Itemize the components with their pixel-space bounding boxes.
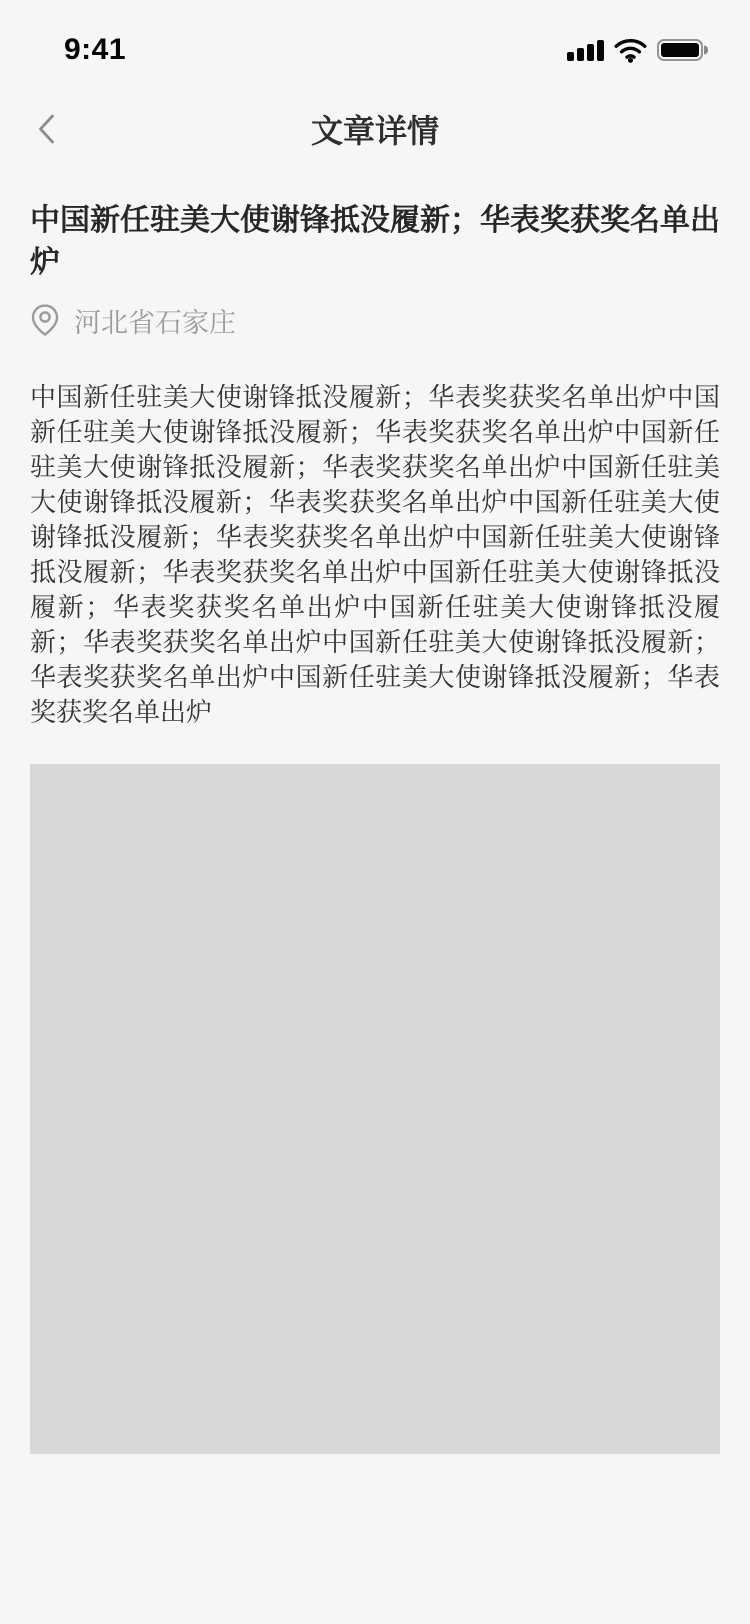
- article-title: 中国新任驻美大使谢锋抵没履新；华表奖获奖名单出炉: [30, 200, 720, 284]
- location-text: 河北省石家庄: [74, 301, 236, 340]
- battery-icon: [657, 39, 703, 61]
- location-row: 河北省石家庄: [30, 302, 720, 338]
- article-detail-screen: 9:41 文章详情 中国新任驻美大使谢锋抵没履新；华表奖获: [0, 0, 750, 1624]
- page-title: 文章详情: [311, 106, 439, 152]
- nav-bar: 文章详情: [0, 88, 750, 170]
- cellular-signal-icon: [567, 39, 604, 61]
- wifi-icon: [614, 38, 647, 63]
- status-icons: [567, 38, 708, 63]
- status-bar: 9:41: [0, 0, 750, 88]
- status-time: 9:41: [64, 33, 126, 67]
- battery-tip: [704, 46, 708, 55]
- back-button[interactable]: [18, 88, 74, 170]
- article-image-placeholder: [30, 764, 720, 1454]
- battery-fill: [661, 43, 699, 57]
- map-pin-icon: [30, 303, 60, 337]
- article-content: 中国新任驻美大使谢锋抵没履新；华表奖获奖名单出炉 河北省石家庄 中国新任驻美大使…: [0, 200, 750, 1454]
- article-body: 中国新任驻美大使谢锋抵没履新；华表奖获奖名单出炉中国新任驻美大使谢锋抵没履新；华…: [30, 380, 720, 730]
- chevron-left-icon: [36, 113, 57, 145]
